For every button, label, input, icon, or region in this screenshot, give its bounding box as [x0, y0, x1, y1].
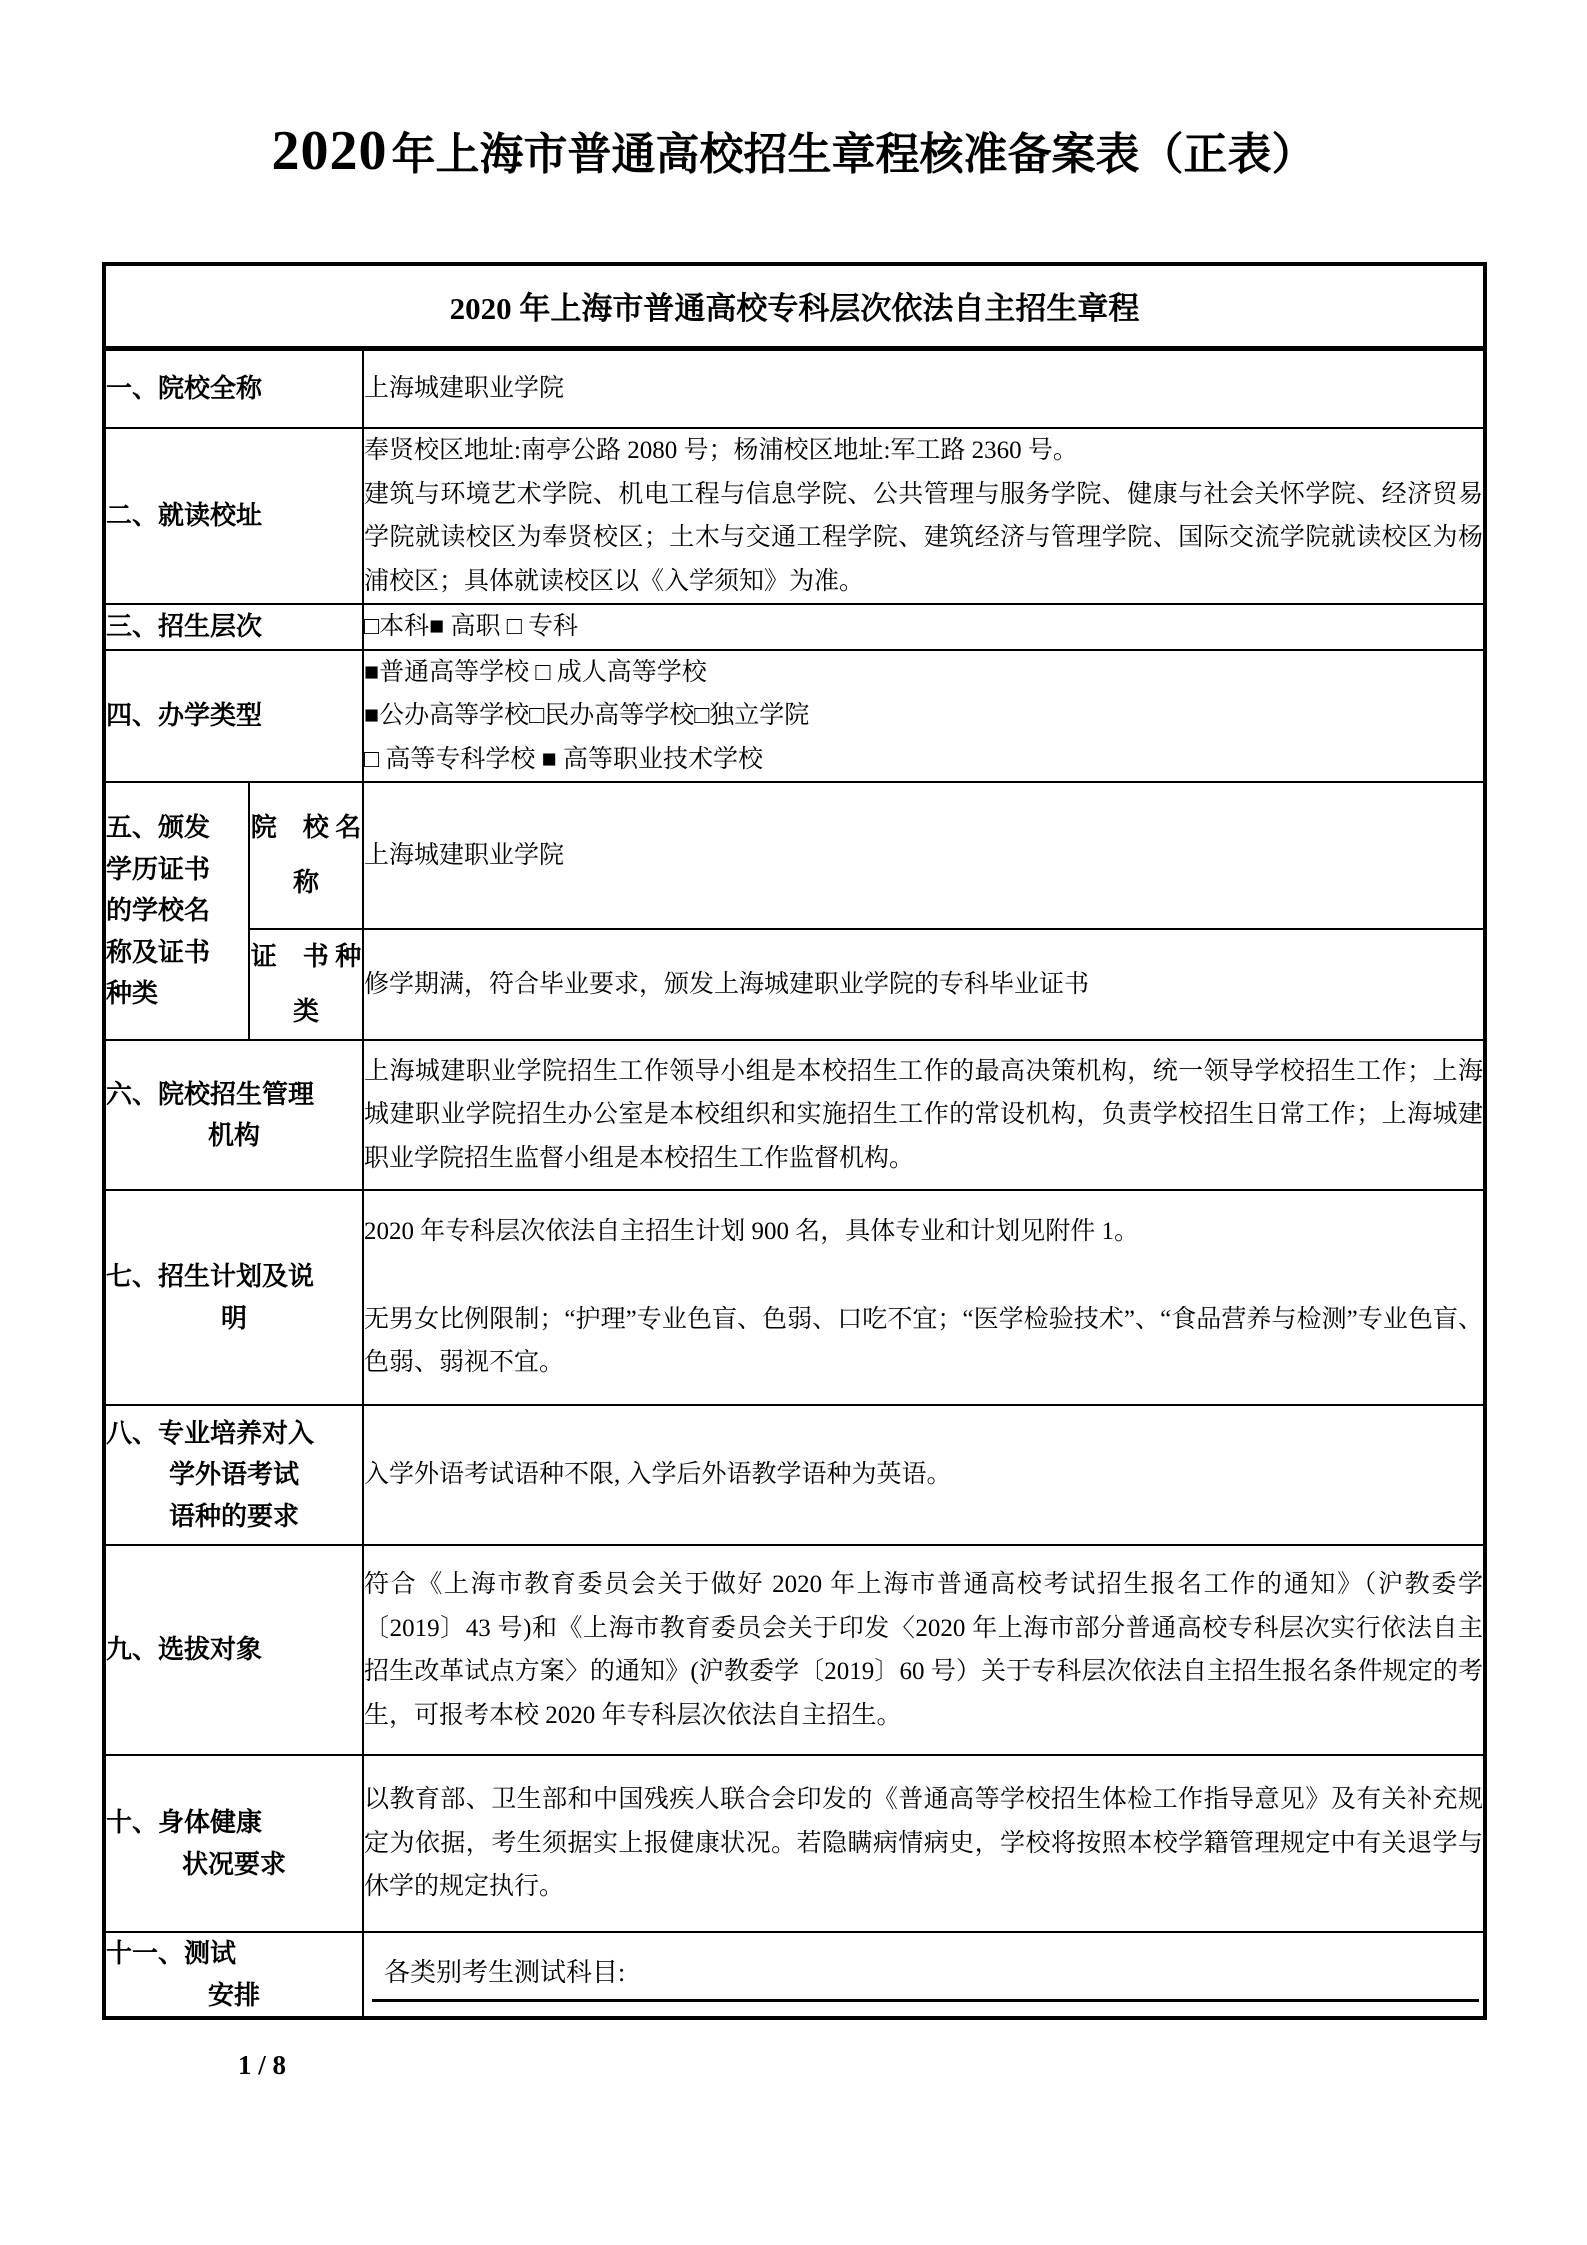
diploma-school-name-value: 上海城建职业学院 [363, 782, 1485, 929]
row-foreign-language-requirement-label: 八、专业培养对入 学外语考试 语种的要求 [104, 1405, 363, 1545]
page-number: 1 / 8 [238, 2050, 286, 2081]
enrollment-level-checkboxes: □本科■ 高职 □ 专科 [364, 605, 1483, 649]
row-health-requirement: 十、身体健康 状况要求 以教育部、卫生部和中国残疾人联合会印发的《普通高等学校招… [104, 1755, 1485, 1932]
row-school-full-name-value: 上海城建职业学院 [363, 348, 1485, 428]
row-diploma-label: 五、颁发 学历证书 的学校名 称及证书 种类 [104, 782, 249, 1040]
row-enrollment-plan-label: 七、招生计划及说 明 [104, 1190, 363, 1405]
charter-table: 2020 年上海市普通高校专科层次依法自主招生章程 一、院校全称 上海城建职业学… [102, 262, 1487, 2020]
row-admissions-management-label: 六、院校招生管理 机构 [104, 1040, 363, 1190]
row-diploma-school-name: 五、颁发 学历证书 的学校名 称及证书 种类 院 校 名 称 上海城建职业学院 [104, 782, 1485, 929]
row-selection-targets-value: 符合《上海市教育委员会关于做好 2020 年上海市普通高校考试招生报名工作的通知… [363, 1545, 1485, 1755]
row-enrollment-level-value: □本科■ 高职 □ 专科 [363, 604, 1485, 650]
document-title-text: 年上海市普通高校招生章程核准备案表（正表） [392, 130, 1316, 179]
certificate-type-sublabel: 证 书 种 类 [249, 929, 363, 1040]
table-header-row: 2020 年上海市普通高校专科层次依法自主招生章程 [104, 264, 1485, 348]
diploma-school-name-sublabel: 院 校 名 称 [249, 782, 363, 929]
row-enrollment-plan-value: 2020 年专科层次依法自主招生计划 900 名，具体专业和计划见附件 1。 无… [363, 1190, 1485, 1405]
school-type-checkboxes-line2: ■公办高等学校□民办高等学校□独立学院 [364, 694, 1483, 738]
school-type-checkboxes-line1: ■普通高等学校 □ 成人高等学校 [364, 651, 1483, 695]
row-school-full-name: 一、院校全称 上海城建职业学院 [104, 348, 1485, 428]
row-enrollment-plan: 七、招生计划及说 明 2020 年专科层次依法自主招生计划 900 名，具体专业… [104, 1190, 1485, 1405]
row-health-requirement-label: 十、身体健康 状况要求 [104, 1755, 363, 1932]
row-health-requirement-value: 以教育部、卫生部和中国残疾人联合会印发的《普通高等学校招生体检工作指导意见》及有… [363, 1755, 1485, 1932]
document-page: { "page_title": { "year": "2020", "rest"… [0, 0, 1587, 2245]
row-school-type: 四、办学类型 ■普通高等学校 □ 成人高等学校 ■公办高等学校□民办高等学校□独… [104, 650, 1485, 783]
charter-title: 2020 年上海市普通高校专科层次依法自主招生章程 [104, 264, 1485, 348]
row-foreign-language-requirement: 八、专业培养对入 学外语考试 语种的要求 入学外语考试语种不限, 入学后外语教学… [104, 1405, 1485, 1545]
row-school-type-label: 四、办学类型 [104, 650, 363, 783]
row-school-full-name-label: 一、院校全称 [104, 348, 363, 428]
row-test-arrangement-value: 各类别考生测试科目: [363, 1932, 1485, 2018]
row-certificate-type: 证 书 种 类 修学期满，符合毕业要求，颁发上海城建职业学院的专科毕业证书 [104, 929, 1485, 1040]
document-title: 2020 年上海市普通高校招生章程核准备案表（正表） [0, 118, 1587, 183]
row-campus-address-label: 二、就读校址 [104, 428, 363, 604]
row-admissions-management: 六、院校招生管理 机构 上海城建职业学院招生工作领导小组是本校招生工作的最高决策… [104, 1040, 1485, 1190]
row-campus-address: 二、就读校址 奉贤校区地址:南亭公路 2080 号；杨浦校区地址:军工路 236… [104, 428, 1485, 604]
school-type-checkboxes-line3: □ 高等专科学校 ■ 高等职业技术学校 [364, 738, 1483, 782]
certificate-type-value: 修学期满，符合毕业要求，颁发上海城建职业学院的专科毕业证书 [363, 929, 1485, 1040]
row-school-type-value: ■普通高等学校 □ 成人高等学校 ■公办高等学校□民办高等学校□独立学院 □ 高… [363, 650, 1485, 783]
document-title-year: 2020 [272, 120, 388, 182]
row-test-arrangement: 十一、测试 安排 各类别考生测试科目: [104, 1932, 1485, 2018]
row-test-arrangement-label: 十一、测试 安排 [104, 1932, 363, 2018]
row-selection-targets: 九、选拔对象 符合《上海市教育委员会关于做好 2020 年上海市普通高校考试招生… [104, 1545, 1485, 1755]
row-admissions-management-value: 上海城建职业学院招生工作领导小组是本校招生工作的最高决策机构，统一领导学校招生工… [363, 1040, 1485, 1190]
row-enrollment-level: 三、招生层次 □本科■ 高职 □ 专科 [104, 604, 1485, 650]
row-selection-targets-label: 九、选拔对象 [104, 1545, 363, 1755]
row-campus-address-value: 奉贤校区地址:南亭公路 2080 号；杨浦校区地址:军工路 2360 号。 建筑… [363, 428, 1485, 604]
row-enrollment-level-label: 三、招生层次 [104, 604, 363, 650]
test-subjects-heading: 各类别考生测试科目: [372, 1948, 1479, 2002]
row-foreign-language-requirement-value: 入学外语考试语种不限, 入学后外语教学语种为英语。 [363, 1405, 1485, 1545]
